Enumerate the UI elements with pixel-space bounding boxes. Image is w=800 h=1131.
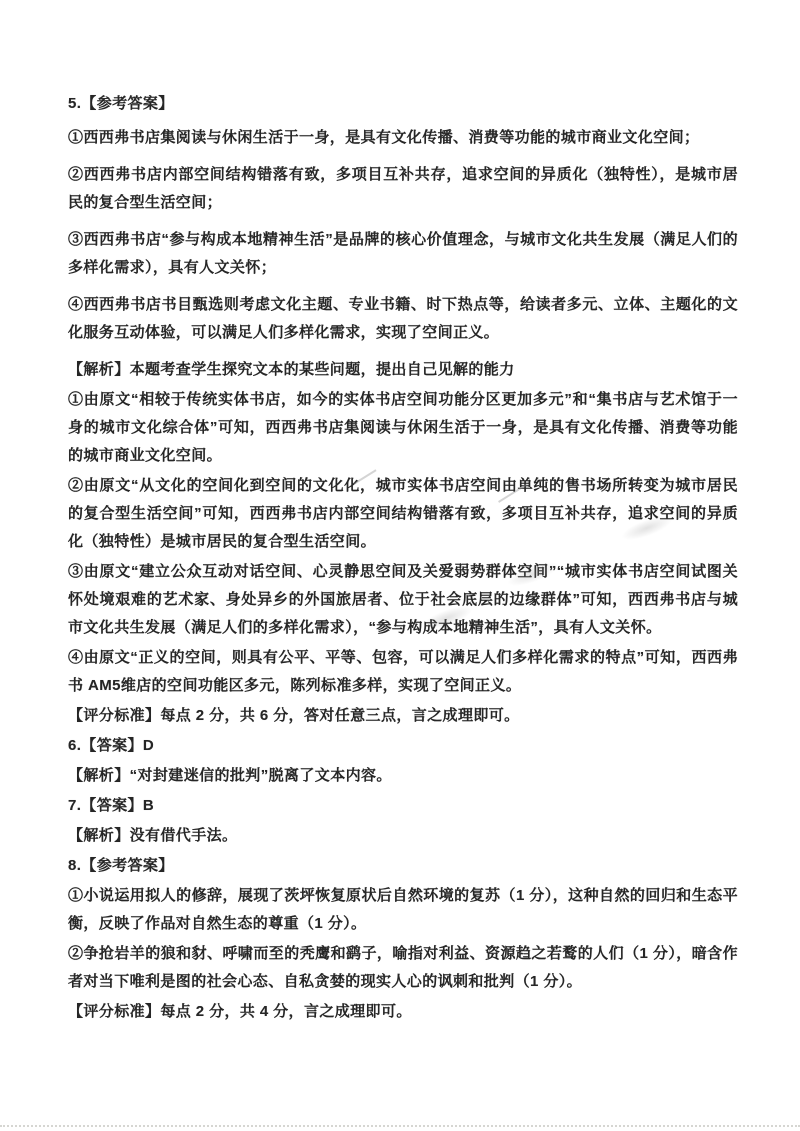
q8-scoring-standard: 【评分标准】每点 2 分，共 4 分，言之成理即可。 — [68, 998, 738, 1026]
q5-answer-2: ②西西弗书店内部空间结构错落有致，多项目互补共存，追求空间的异质化（独特性），是… — [68, 161, 738, 217]
q5-analysis-4: ④由原文“正义的空间，则具有公平、平等、包容，可以满足人们多样化需求的特点”可知… — [68, 644, 738, 700]
q5-analysis-3: ③由原文“建立公众互动对话空间、心灵静思空间及关爱弱势群体空间”“城市实体书店空… — [68, 558, 738, 642]
q5-analysis-2: ②由原文“从文化的空间化到空间的文化化，城市实体书店空间由单纯的售书场所转变为城… — [68, 472, 738, 556]
q7-analysis: 【解析】没有借代手法。 — [68, 822, 738, 850]
scanned-answer-page: 5.【参考答案】 ①西西弗书店集阅读与休闲生活于一身，是具有文化传播、消费等功能… — [0, 0, 800, 1131]
q5-analysis-1: ①由原文“相较于传统实体书店，如今的实体书店空间功能分区更加多元”和“集书店与艺… — [68, 386, 738, 470]
q6-answer: 6.【答案】D — [68, 732, 738, 760]
q5-scoring-standard: 【评分标准】每点 2 分，共 6 分，答对任意三点，言之成理即可。 — [68, 702, 738, 730]
answer-key-document: 5.【参考答案】 ①西西弗书店集阅读与休闲生活于一身，是具有文化传播、消费等功能… — [68, 90, 738, 1026]
q5-answer-1: ①西西弗书店集阅读与休闲生活于一身，是具有文化传播、消费等功能的城市商业文化空间… — [68, 124, 738, 152]
q5-heading: 5.【参考答案】 — [68, 90, 738, 118]
q7-answer: 7.【答案】B — [68, 792, 738, 820]
q5-answer-3: ③西西弗书店“参与构成本地精神生活”是品牌的核心价值理念，与城市文化共生发展（满… — [68, 226, 738, 282]
q5-analysis-intro: 【解析】本题考查学生探究文本的某些问题，提出自己见解的能力 — [68, 356, 738, 384]
q6-analysis: 【解析】“对封建迷信的批判”脱离了文本内容。 — [68, 762, 738, 790]
q8-heading: 8.【参考答案】 — [68, 852, 738, 880]
scan-page-bottom-edge — [0, 1125, 800, 1127]
q8-answer-1: ①小说运用拟人的修辞，展现了茨坪恢复原状后自然环境的复苏（1 分），这种自然的回… — [68, 882, 738, 938]
q8-answer-2: ②争抢岩羊的狼和豺、呼啸而至的秃鹰和鹞子，喻指对利益、资源趋之若鹜的人们（1 分… — [68, 940, 738, 996]
q5-answer-4: ④西西弗书店书目甄选则考虑文化主题、专业书籍、时下热点等，给读者多元、立体、主题… — [68, 291, 738, 347]
